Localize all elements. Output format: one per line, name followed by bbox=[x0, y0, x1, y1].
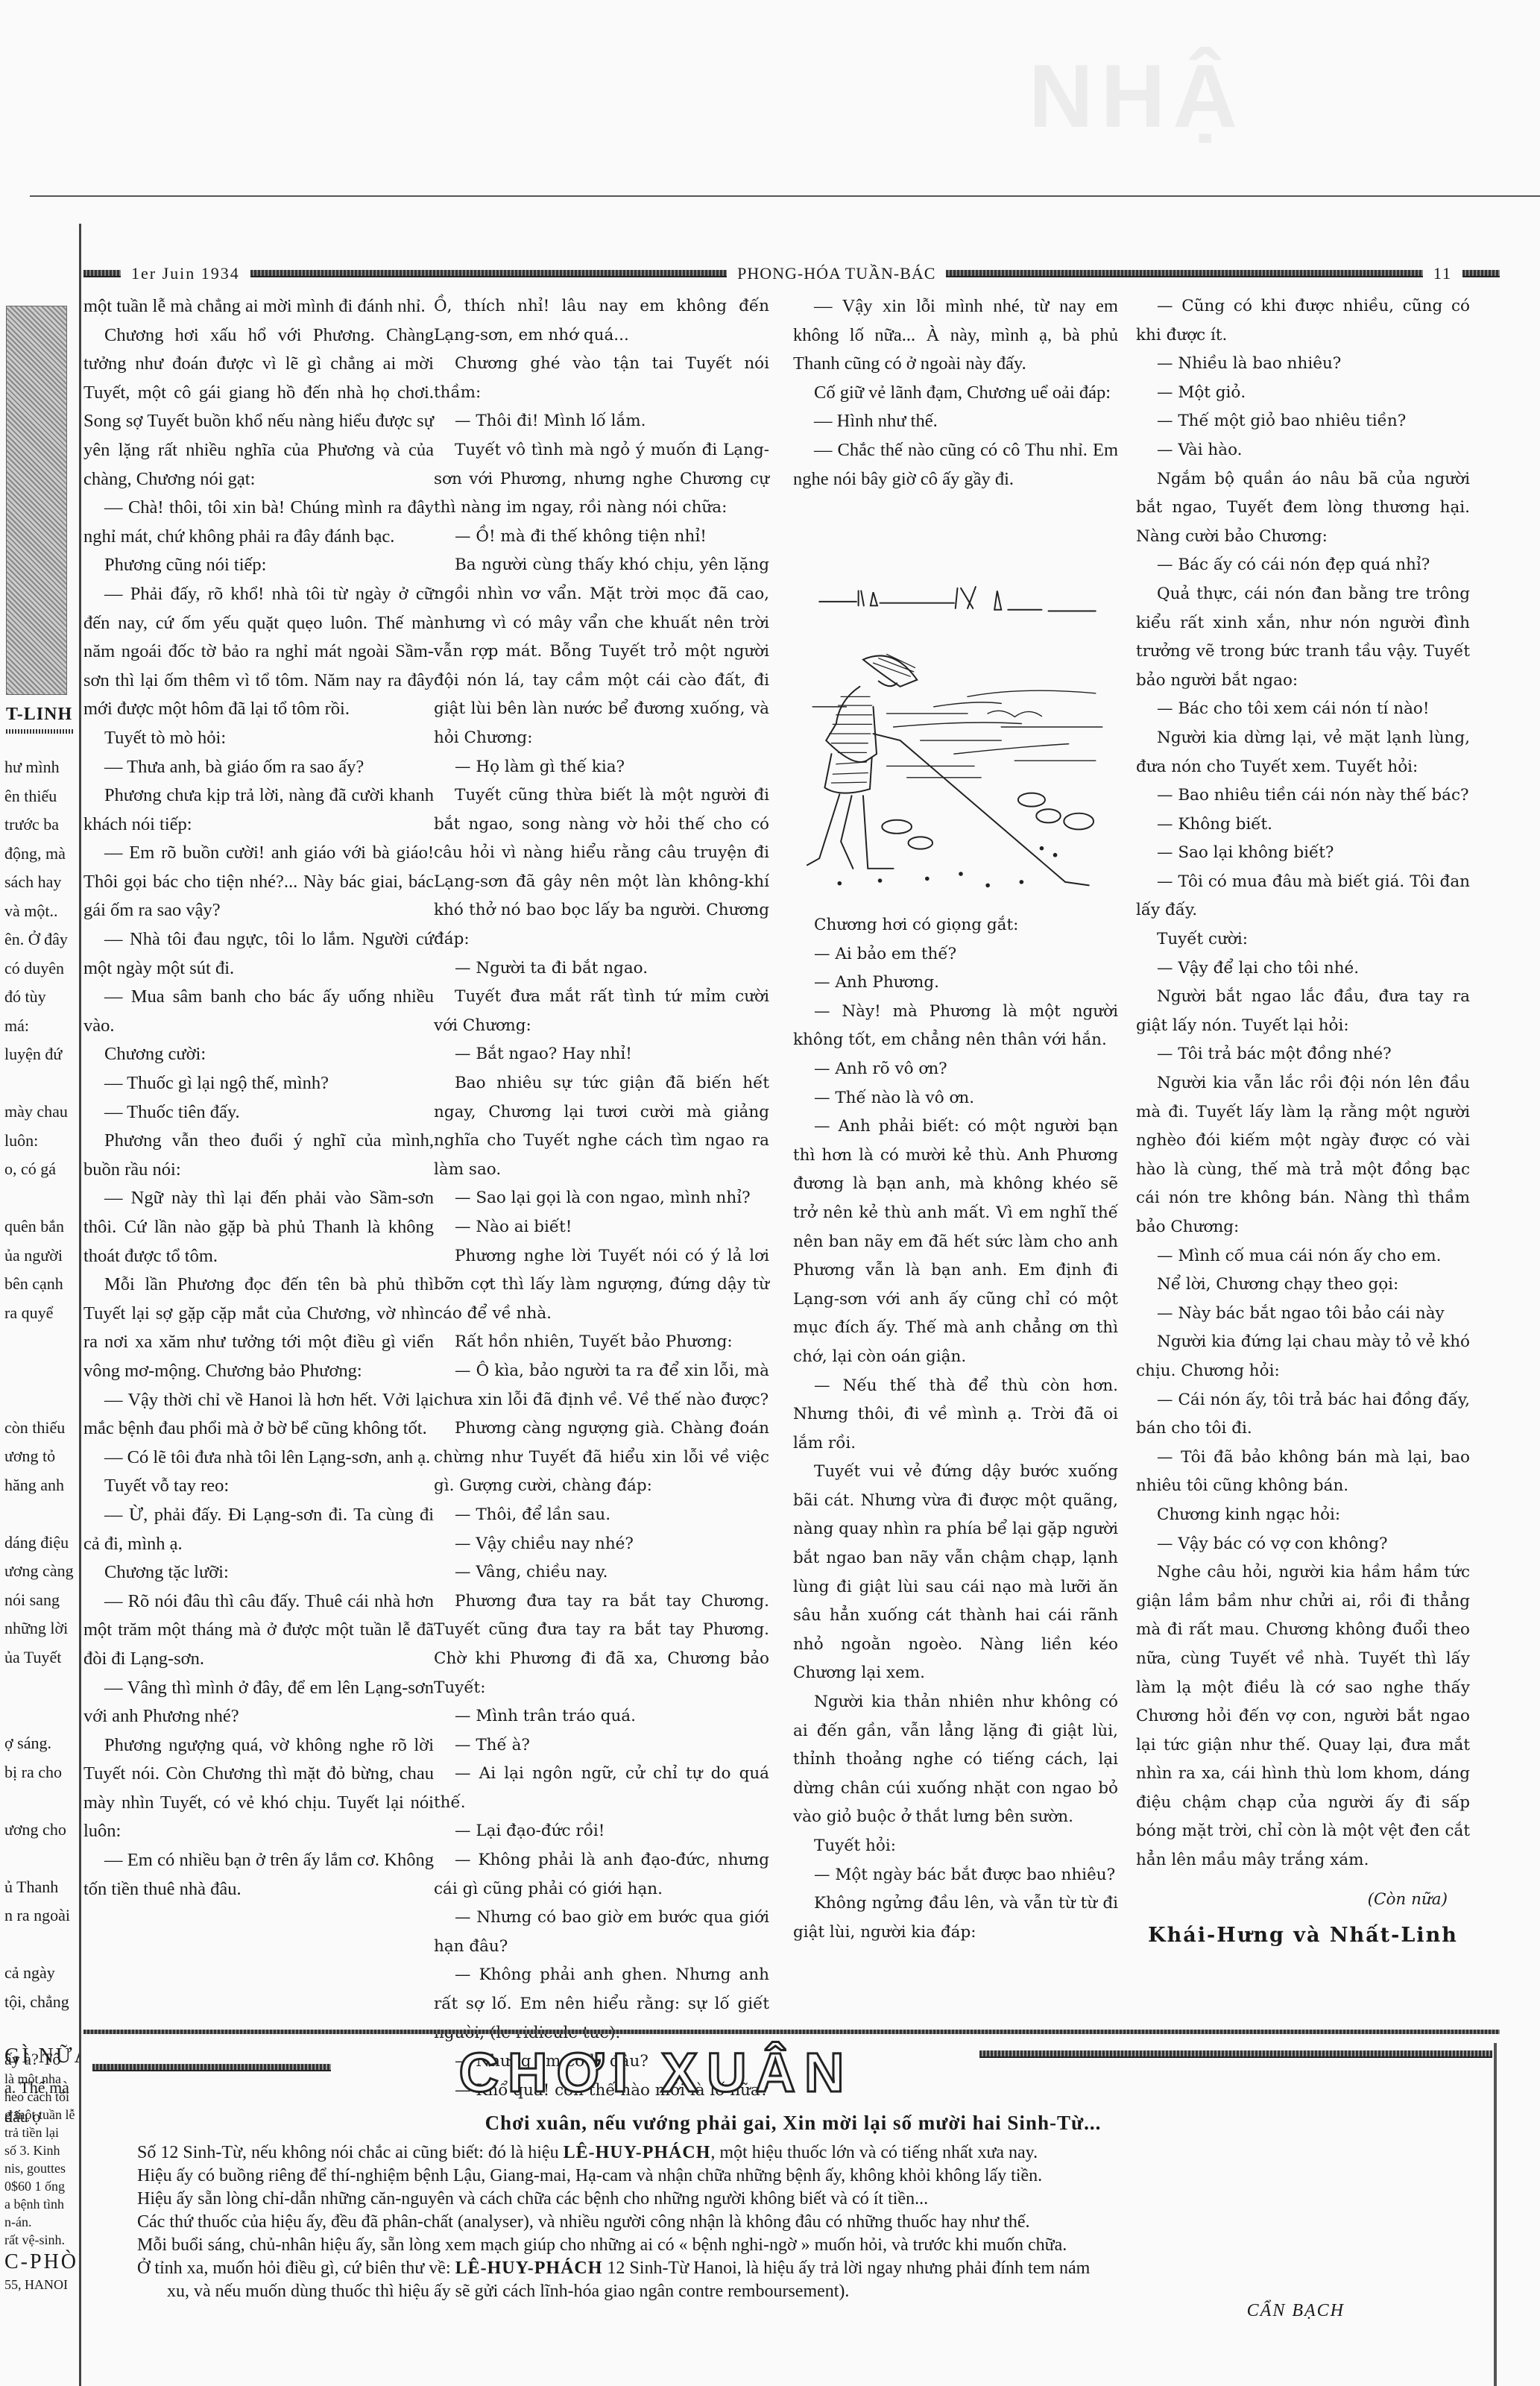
paragraph: — Sao lại không biết? bbox=[1136, 839, 1470, 868]
paragraph: Tuyết vô tình mà ngỏ ý muốn đi Lạng-sơn … bbox=[434, 436, 769, 523]
paragraph: Người bắt ngao lắc đầu, đưa tay ra giật … bbox=[1136, 983, 1470, 1040]
paragraph: Tuyết hỏi: bbox=[793, 1832, 1118, 1861]
ad-line: Hiệu ấy sẵn lòng chỉ-dẫn những căn-nguyê… bbox=[137, 2188, 1404, 2211]
strip-ad-line: số 3. Kinh bbox=[4, 2141, 81, 2159]
strip-ad-line: nis, gouttes bbox=[4, 2159, 81, 2177]
paragraph: Quả thực, cái nón đan bằng tre trông kiể… bbox=[1136, 580, 1470, 695]
paragraph: Phương càng ngượng già. Chàng đoán chừng… bbox=[434, 1414, 769, 1501]
paragraph: — Tôi có mua đâu mà biết giá. Tôi đan lấ… bbox=[1136, 868, 1470, 925]
strip-line: ra quyể bbox=[4, 1299, 74, 1328]
paragraph: — Ai lại ngôn ngữ, cử chỉ tự do quá thế. bbox=[434, 1760, 769, 1817]
paragraph: — Ồ! mà đi thế không tiện nhỉ! bbox=[434, 523, 769, 552]
strip-line bbox=[4, 1499, 74, 1529]
paragraph: — Anh phải biết: có một người bạn thì hơ… bbox=[793, 1112, 1118, 1371]
paragraph: — Lại đạo-đức rồi! bbox=[434, 1817, 769, 1846]
publication-name: PHONG-HÓA TUẦN-BÁC bbox=[737, 264, 935, 283]
strip-line: có duyên bbox=[4, 954, 74, 983]
paragraph: — Ừ, phải đấy. Đi Lạng-sơn đi. Ta cùng đ… bbox=[83, 1501, 434, 1558]
strip-ad-line: trả tiền lại bbox=[4, 2124, 81, 2141]
paragraph: — Vậy để lại cho tôi nhé. bbox=[1136, 954, 1470, 983]
paragraph: — Em có nhiều bạn ở trên ấy lắm cơ. Khôn… bbox=[83, 1846, 434, 1904]
paragraph: — Một giỏ. bbox=[1136, 379, 1470, 408]
paragraph: — Này! mà Phương là một người không tốt,… bbox=[793, 998, 1118, 1055]
strip-line: o, có gá bbox=[4, 1155, 74, 1184]
strip-ad-line: a bệnh tình bbox=[4, 2195, 81, 2213]
paragraph: Không ngửng đầu lên, và vẫn từ từ đi giậ… bbox=[793, 1889, 1118, 1947]
paragraph: — Rõ nói đâu thì câu đấy. Thuê cái nhà h… bbox=[83, 1587, 434, 1674]
page-number: 11 bbox=[1433, 264, 1452, 283]
paragraph: — Vậy xin lỗi mình nhé, từ nay em không … bbox=[793, 292, 1118, 379]
paragraph: — Cũng có khi được nhiều, cũng có khi đư… bbox=[1136, 292, 1470, 350]
paragraph: Ồ, thích nhỉ! lâu nay em không đến Lạng-… bbox=[434, 292, 769, 350]
paragraph: — Cái nón ấy, tôi trả bác hai đồng đấy, … bbox=[1136, 1386, 1470, 1444]
paragraph: — Tôi trả bác một đồng nhé? bbox=[1136, 1040, 1470, 1069]
strip-line: bị ra cho bbox=[4, 1758, 74, 1787]
paragraph: — Ô kìa, bảo người ta ra để xin lỗi, mà … bbox=[434, 1357, 769, 1414]
paragraph: Phương vẫn theo đuổi ý nghĩ của mình, bu… bbox=[83, 1127, 434, 1184]
strip-line bbox=[4, 1385, 74, 1414]
ad-signature: CẨN BẠCH bbox=[1247, 2301, 1345, 2321]
strip-line: động, mà bbox=[4, 840, 74, 869]
paragraph: Bao nhiêu sự tức giận đã biến hết ngay, … bbox=[434, 1069, 769, 1184]
strip-line: ủa Tuyết bbox=[4, 1643, 74, 1672]
bleed-through-masthead: NHẬ bbox=[1029, 45, 1245, 148]
ad-body: Số 12 Sinh-Từ, nếu không nói chắc ai cũn… bbox=[137, 2141, 1404, 2303]
paragraph: Người kia đứng lại chau mày tỏ vẻ khó ch… bbox=[1136, 1328, 1470, 1385]
paragraph: Người kia vẫn lắc rồi đội nón lên đầu mà… bbox=[1136, 1069, 1470, 1242]
paragraph: — Vậy bác có vợ con không? bbox=[1136, 1530, 1470, 1559]
article-column-2: Ồ, thích nhỉ! lâu nay em không đến Lạng-… bbox=[434, 292, 769, 2105]
paragraph: — Vài hào. bbox=[1136, 436, 1470, 465]
paragraph: Chương hơi có giọng gắt: bbox=[793, 911, 1118, 940]
paragraph: Tuyết vỗ tay reo: bbox=[83, 1472, 434, 1501]
ad-subtitle: Chơi xuân, nếu vướng phải gai, Xin mời l… bbox=[92, 2112, 1494, 2135]
strip-line: tội, chẳng bbox=[4, 1988, 74, 2017]
paragraph: — Thôi đi! Mình lố lắm. bbox=[434, 407, 769, 436]
strip-line bbox=[4, 1930, 74, 1960]
strip-line: dáng điệu bbox=[4, 1529, 74, 1558]
ad-line: Hiệu ấy có buồng riêng để thí-nghiệm bện… bbox=[137, 2165, 1404, 2188]
strip-line bbox=[4, 1327, 74, 1356]
paragraph: — Hình như thế. bbox=[793, 407, 1118, 436]
paragraph: — Ngữ này thì lại đến phải vào Sầm-sơn t… bbox=[83, 1184, 434, 1271]
paragraph: — Thế một giỏ bao nhiêu tiền? bbox=[1136, 407, 1470, 436]
paragraph: — Có lẽ tôi đưa nhà tôi lên Lạng-sơn, an… bbox=[83, 1444, 434, 1473]
paragraph: — Nhưng có bao giờ em bước qua giới hạn … bbox=[434, 1904, 769, 1961]
strip-illustration bbox=[6, 306, 67, 695]
strip-line: má: bbox=[4, 1012, 74, 1041]
strip-ad-line: g một tuần lễ bbox=[4, 2106, 81, 2124]
strip-line: cả ngày bbox=[4, 1959, 74, 1988]
paragraph: — Vâng thì mình ở đây, để em lên Lạng-sơ… bbox=[83, 1674, 434, 1731]
strip-line: nói sang bbox=[4, 1586, 74, 1615]
paragraph: Phương nghe lời Tuyết nói có ý lả lơi bỡ… bbox=[434, 1242, 769, 1329]
strip-line bbox=[4, 1844, 74, 1873]
paragraph: — Mua sâm banh cho bác ấy uống nhiều vào… bbox=[83, 983, 434, 1040]
paragraph: một tuần lễ mà chẳng ai mời mình đi đánh… bbox=[83, 292, 434, 321]
strip-ad-line: C-PHÒNG bbox=[4, 2249, 81, 2276]
paragraph: Tuyết cũng thừa biết là một người đi bắt… bbox=[434, 781, 769, 954]
paragraph: Chương cười: bbox=[83, 1040, 434, 1069]
strip-line: luyện đứ bbox=[4, 1040, 74, 1069]
strip-ad-line: rất vệ-sinh. bbox=[4, 2231, 81, 2249]
clam-digger-illustration bbox=[793, 552, 1129, 902]
strip-line: ương cho bbox=[4, 1816, 74, 1845]
paragraph: — Thưa anh, bà giáo ốm ra sao ấy? bbox=[83, 753, 434, 782]
strip-line: những lời bbox=[4, 1614, 74, 1643]
paragraph: — Anh rõ vô ơn? bbox=[793, 1055, 1118, 1084]
strip-line: ên thiếu bbox=[4, 782, 74, 811]
paragraph: Phương cũng nói tiếp: bbox=[83, 551, 434, 580]
strip-line: ợ sáng. bbox=[4, 1729, 74, 1758]
paragraph: Phương đưa tay ra bắt tay Chương. Tuyết … bbox=[434, 1587, 769, 1702]
ad-line: xu, và nếu muốn dùng thuốc thì hiệu ấy s… bbox=[137, 2280, 1404, 2303]
strip-line: ên. Ở đây bbox=[4, 925, 74, 954]
paragraph: — Bác cho tôi xem cái nón tí nào! bbox=[1136, 695, 1470, 724]
strip-ad-line: GÌ NỮA bbox=[4, 2043, 81, 2070]
ad-rule-right bbox=[979, 2050, 1492, 2058]
paragraph: — Em rõ buồn cười! anh giáo với bà giáo!… bbox=[83, 839, 434, 925]
paragraph: — Bắt ngao? Hay nhỉ! bbox=[434, 1040, 769, 1069]
paragraph: — Chà! thôi, tôi xin bà! Chúng mình ra đ… bbox=[83, 494, 434, 551]
paragraph: Rất hồn nhiên, Tuyết bảo Phương: bbox=[434, 1328, 769, 1357]
paragraph: Nể lời, Chương chạy theo gọi: bbox=[1136, 1271, 1470, 1300]
ad-pharmacy-name: LÊ-HUY-PHÁCH bbox=[564, 2143, 711, 2162]
paragraph: Phương chưa kịp trả lời, nàng đã cười kh… bbox=[83, 781, 434, 839]
paragraph: — Tôi đã bảo không bán mà lại, bao nhiêu… bbox=[1136, 1444, 1470, 1501]
strip-line bbox=[4, 1787, 74, 1816]
strip-line bbox=[4, 1184, 74, 1213]
strip-name-fragment: T-LINH bbox=[6, 705, 72, 725]
issue-date: 1er Juin 1934 bbox=[131, 264, 240, 283]
paragraph: — Không phải là anh đạo-đức, nhưng cái g… bbox=[434, 1846, 769, 1904]
advertisement-choi-xuan: CHƠI XUÂN Chơi xuân, nếu vướng phải gai,… bbox=[92, 2043, 1497, 2386]
strip-ad-line: heo cách tối bbox=[4, 2088, 81, 2106]
strip-line: n ra ngoài bbox=[4, 1901, 74, 1930]
strip-line: đó tùy bbox=[4, 983, 74, 1012]
top-rule bbox=[30, 195, 1540, 197]
paragraph: Cố giữ vẻ lãnh đạm, Chương uể oải đáp: bbox=[793, 379, 1118, 408]
strip-line: ương càng bbox=[4, 1557, 74, 1586]
paragraph: — Phải đấy, rõ khổ! nhà tôi từ ngày ở cữ… bbox=[83, 580, 434, 724]
strip-ad-line: 55, HANOI bbox=[4, 2276, 81, 2294]
strip-line: ủ Thanh bbox=[4, 1873, 74, 1902]
paragraph: — Nhà tôi đau ngực, tôi lo lắm. Người cứ… bbox=[83, 925, 434, 983]
strip-line: mày chau bbox=[4, 1098, 74, 1127]
strip-line: trước ba bbox=[4, 810, 74, 840]
paragraph: — Họ làm gì thế kia? bbox=[434, 753, 769, 782]
section-divider bbox=[83, 2030, 1500, 2034]
paragraph: — Vâng, chiều nay. bbox=[434, 1558, 769, 1587]
ad-line: Số 12 Sinh-Từ, nếu không nói chắc ai cũn… bbox=[137, 2141, 1404, 2165]
strip-line: hăng anh bbox=[4, 1471, 74, 1500]
header-rule bbox=[83, 270, 121, 277]
paragraph: Chương ghé vào tận tai Tuyết nói thầm: bbox=[434, 350, 769, 407]
strip-dotted-rule bbox=[6, 729, 75, 734]
article-authors: Khái-Hưng và Nhất-Linh bbox=[1136, 1921, 1470, 1951]
strip-line: bên cạnh bbox=[4, 1270, 74, 1299]
article-column-1: một tuần lễ mà chẳng ai mời mình đi đánh… bbox=[83, 292, 434, 1904]
paragraph: — Chắc thế nào cũng có cô Thu nhỉ. Em ng… bbox=[793, 436, 1118, 494]
paragraph: Phương ngượng quá, vờ không nghe rõ lời … bbox=[83, 1731, 434, 1846]
paragraph: Nghe câu hỏi, người kia hầm hầm tức giận… bbox=[1136, 1558, 1470, 1875]
paragraph: — Anh Phương. bbox=[793, 969, 1118, 998]
paragraph: — Nhiều là bao nhiêu? bbox=[1136, 350, 1470, 379]
strip-line: luôn: bbox=[4, 1127, 74, 1156]
strip-line bbox=[4, 1069, 74, 1098]
paragraph: Người kia dừng lại, vẻ mặt lạnh lùng, đư… bbox=[1136, 724, 1470, 781]
strip-line: quên bắn bbox=[4, 1212, 74, 1241]
header-rule bbox=[1462, 270, 1500, 277]
header-rule bbox=[250, 270, 727, 277]
strip-text-fragments: hư mìnhên thiếutrước bađộng, màsách hayv… bbox=[4, 753, 74, 2131]
page-fold-line bbox=[79, 224, 81, 2386]
paragraph: — Không biết. bbox=[1136, 810, 1470, 840]
strip-line: và một.. bbox=[4, 897, 74, 926]
paragraph: — Vậy chiều nay nhé? bbox=[434, 1530, 769, 1559]
paragraph: — Không phải anh ghen. Nhưng anh rất sợ … bbox=[434, 1961, 769, 2047]
article-column-4: — Cũng có khi được nhiều, cũng có khi đư… bbox=[1136, 292, 1470, 1951]
paragraph: — Sao lại gọi là con ngao, mình nhỉ? bbox=[434, 1184, 769, 1213]
paragraph: — Thế à? bbox=[434, 1731, 769, 1760]
strip-line: hư mình bbox=[4, 753, 74, 782]
paragraph: Ba người cùng thấy khó chịu, yên lặng ng… bbox=[434, 551, 769, 752]
paragraph: — Mình cố mua cái nón ấy cho em. bbox=[1136, 1242, 1470, 1271]
strip-line bbox=[4, 1356, 74, 1385]
ad-line: Các thứ thuốc của hiệu ấy, đều đã phân-c… bbox=[137, 2211, 1404, 2234]
paragraph: — Ai bảo em thế? bbox=[793, 940, 1118, 969]
paragraph: — Vậy thời chỉ về Hanoi là hơn hết. Vởi … bbox=[83, 1386, 434, 1444]
paragraph: — Thuốc gì lại ngộ thế, mình? bbox=[83, 1069, 434, 1098]
paragraph: Chương tặc lưỡi: bbox=[83, 1558, 434, 1587]
ad-pharmacy-name: LÊ-HUY-PHÁCH bbox=[455, 2258, 603, 2278]
paragraph: — Người ta đi bắt ngao. bbox=[434, 954, 769, 983]
header-rule bbox=[946, 270, 1422, 277]
paragraph: — Thuốc tiên đấy. bbox=[83, 1098, 434, 1127]
article-column-3-top: — Vậy xin lỗi mình nhé, từ nay em không … bbox=[793, 292, 1118, 494]
paragraph: Chương kinh ngạc hỏi: bbox=[1136, 1501, 1470, 1530]
paragraph: — Nếu thế thà để thù còn hơn. Nhưng thôi… bbox=[793, 1372, 1118, 1458]
strip-ad-line: 0$60 1 ống bbox=[4, 2177, 81, 2195]
strip-line: ương tỏ bbox=[4, 1442, 74, 1471]
article-column-3-bottom: Chương hơi có giọng gắt:— Ai bảo em thế?… bbox=[793, 911, 1118, 1947]
strip-line: ủa người bbox=[4, 1241, 74, 1271]
strip-line: sách hay bbox=[4, 868, 74, 897]
paragraph: — Bao nhiêu tiền cái nón này thế bác? bbox=[1136, 781, 1470, 810]
strip-line bbox=[4, 1672, 74, 1701]
strip-ad-line: là một nha bbox=[4, 2070, 81, 2088]
column-4-text: — Cũng có khi được nhiều, cũng có khi đư… bbox=[1136, 292, 1470, 1875]
ad-headline: CHƠI XUÂN bbox=[343, 2043, 969, 2103]
paragraph: Tuyết cười: bbox=[1136, 925, 1470, 954]
paragraph: Ngắm bộ quần áo nâu bã của người bắt nga… bbox=[1136, 465, 1470, 552]
previous-page-strip: T-LINH hư mìnhên thiếutrước bađộng, màsá… bbox=[0, 246, 81, 2386]
paragraph: — Mình trân tráo quá. bbox=[434, 1702, 769, 1731]
strip-line: còn thiếu bbox=[4, 1414, 74, 1443]
page-header: 1er Juin 1934 PHONG-HÓA TUẦN-BÁC 11 bbox=[83, 262, 1500, 285]
paragraph: Tuyết tò mò hỏi: bbox=[83, 724, 434, 753]
paragraph: — Một ngày bác bắt được bao nhiêu? bbox=[793, 1861, 1118, 1890]
paragraph: Mỗi lần Phương đọc đến tên bà phủ thì Tu… bbox=[83, 1271, 434, 1385]
strip-line bbox=[4, 1701, 74, 1730]
strip-line bbox=[4, 2016, 74, 2045]
paragraph: Người kia thản nhiên như không có ai đến… bbox=[793, 1688, 1118, 1832]
paragraph: — Thôi, để lần sau. bbox=[434, 1501, 769, 1530]
paragraph: — Thế nào là vô ơn. bbox=[793, 1084, 1118, 1113]
strip-ad-line: n-án. bbox=[4, 2213, 81, 2231]
paragraph: — Bác ấy có cái nón đẹp quá nhỉ? bbox=[1136, 551, 1470, 580]
paragraph: — Này bác bắt ngao tôi bảo cái này bbox=[1136, 1300, 1470, 1329]
paragraph: — Nào ai biết! bbox=[434, 1213, 769, 1242]
paragraph: Tuyết vui vẻ đứng dậy bước xuống bãi cát… bbox=[793, 1458, 1118, 1688]
ad-line: Mỗi buổi sáng, chủ-nhân hiệu ấy, sẵn lòn… bbox=[137, 2234, 1404, 2257]
paragraph: Chương hơi xấu hổ với Phương. Chàng tưởn… bbox=[83, 321, 434, 494]
paragraph: Tuyết đưa mắt rất tình tứ mỉm cười với C… bbox=[434, 983, 769, 1040]
to-be-continued: (Còn nữa) bbox=[1136, 1886, 1470, 1915]
ad-rule-left bbox=[92, 2064, 331, 2071]
strip-ad-fragments: GÌ NỮAlà một nhaheo cách tốig một tuần l… bbox=[4, 2043, 81, 2294]
ad-line: Ở tỉnh xa, muốn hỏi điều gì, cứ biên thư… bbox=[137, 2257, 1404, 2280]
